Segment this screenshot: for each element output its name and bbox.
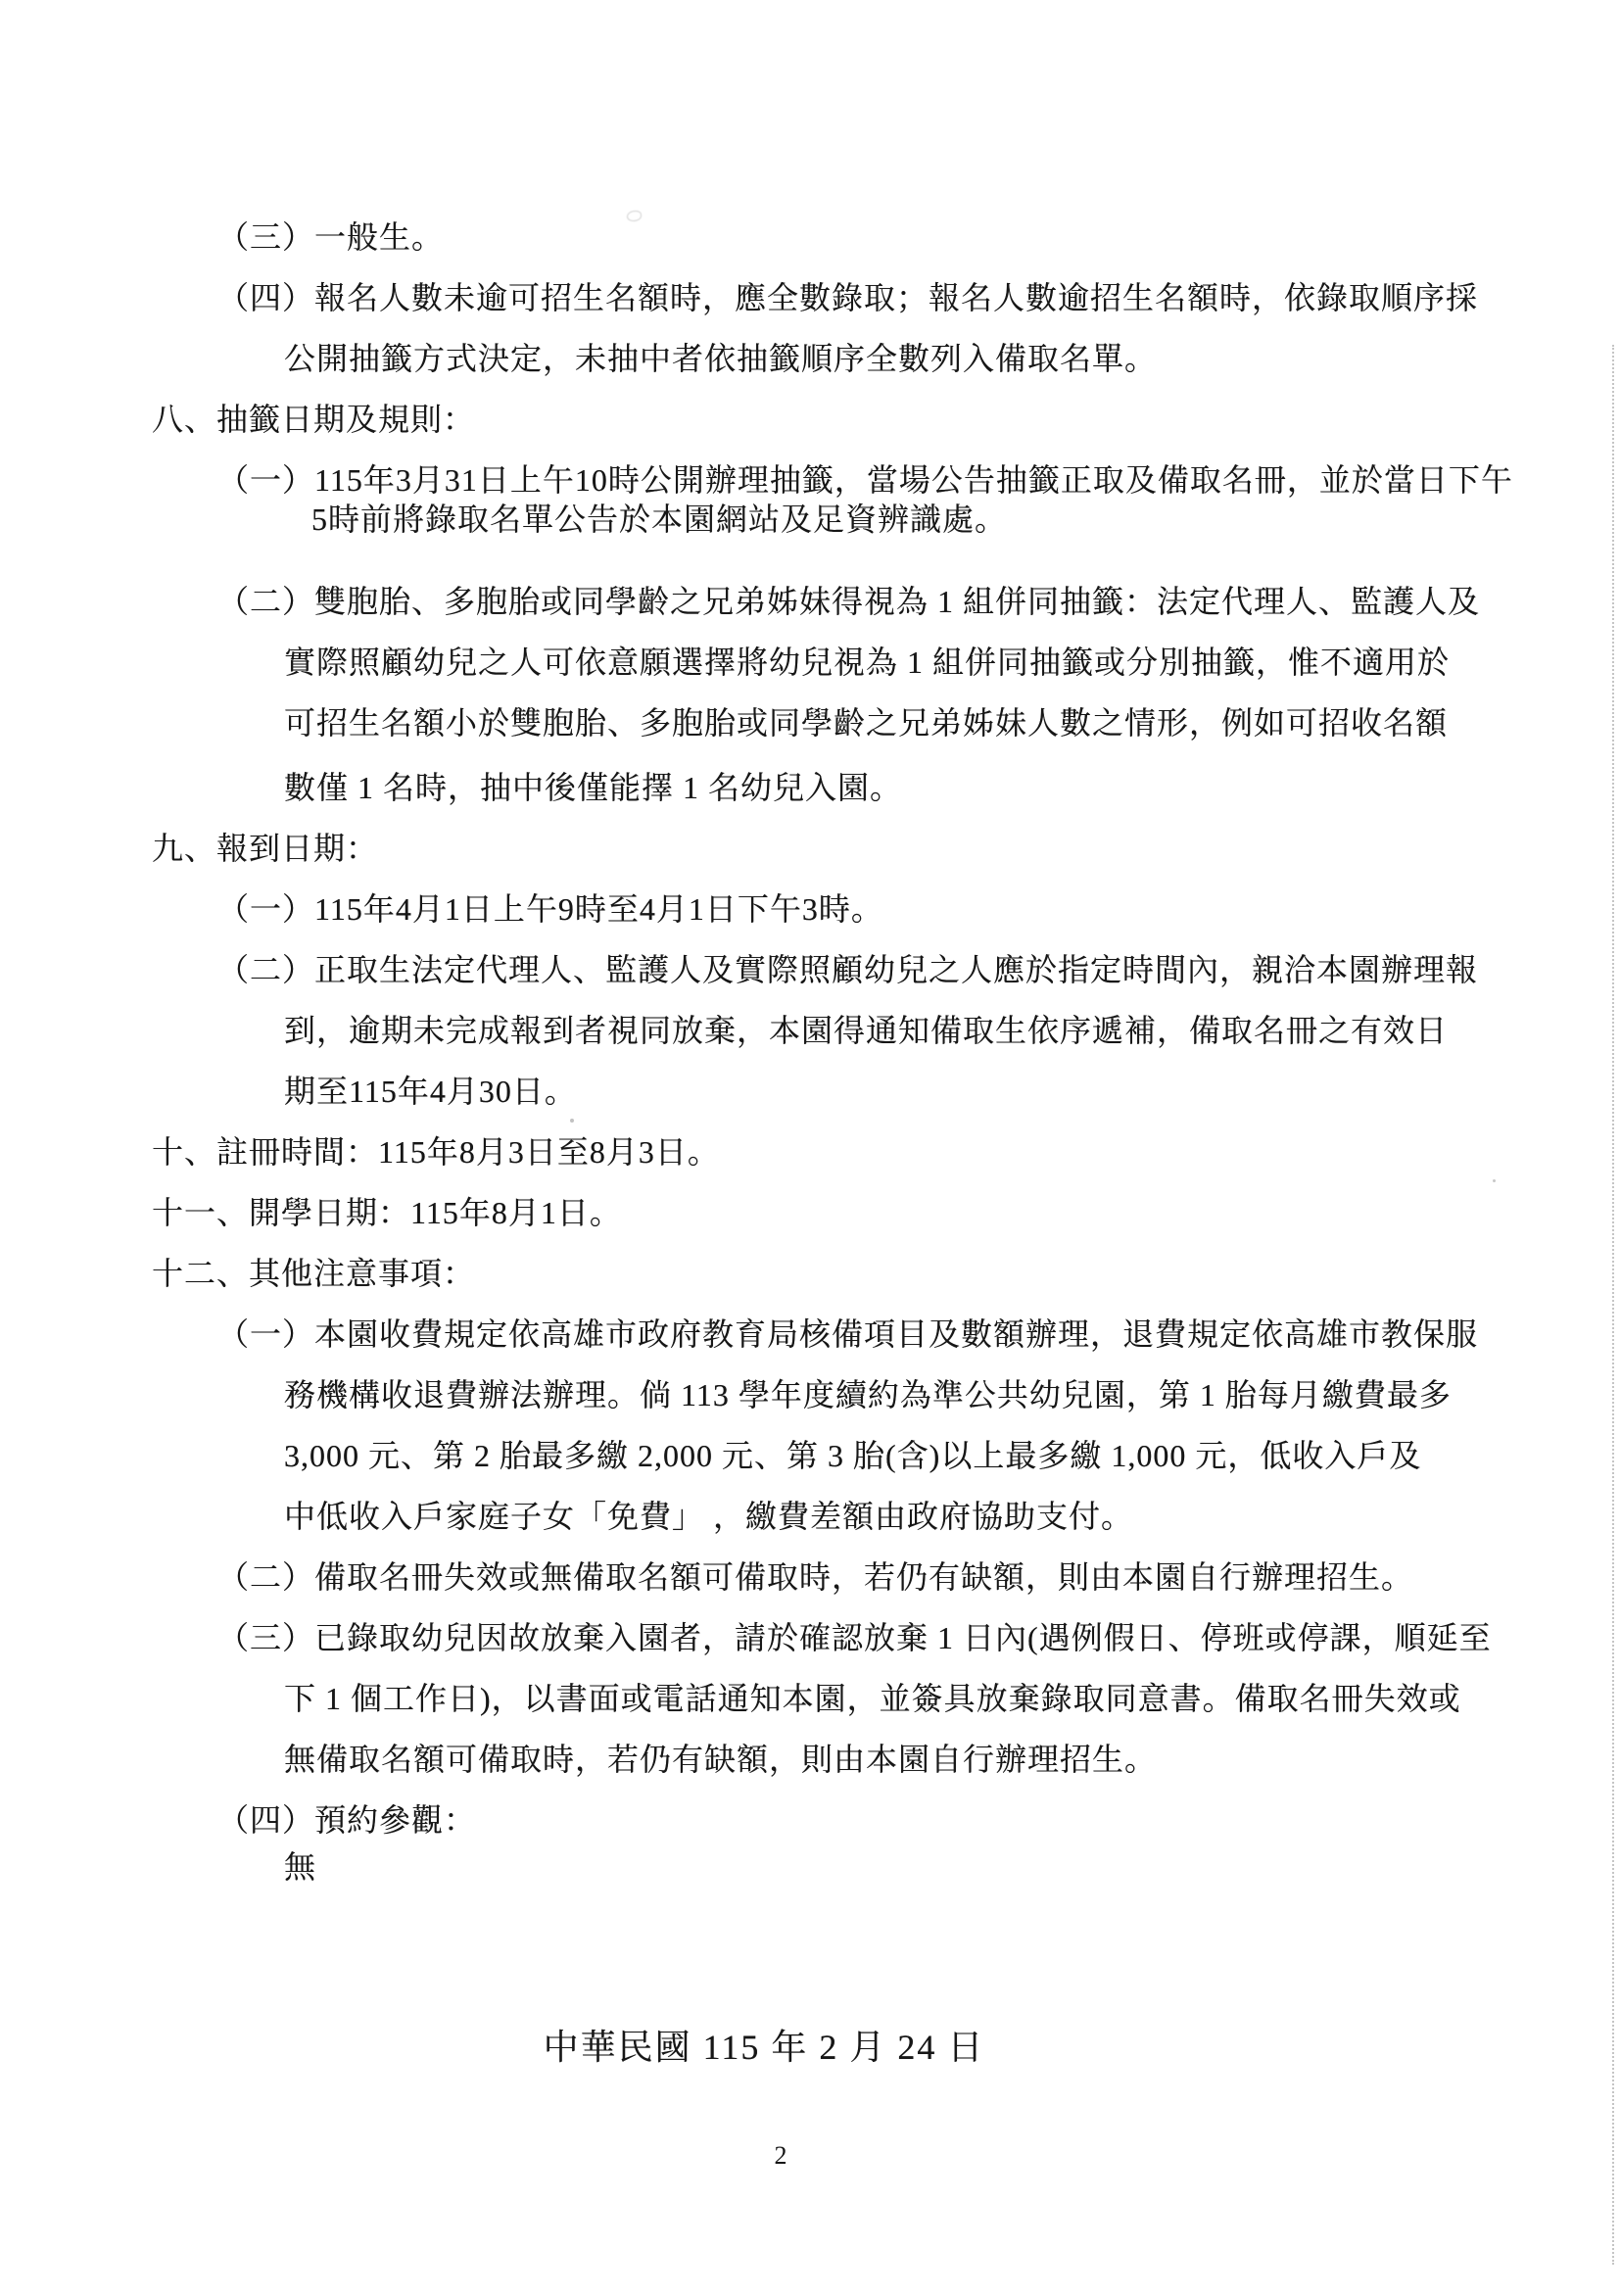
text-line: 無 bbox=[284, 1847, 1513, 1887]
text-line: 3,000 元、第 2 胎最多繳 2,000 元、第 3 胎(含)以上最多繳 1… bbox=[284, 1436, 1513, 1475]
scan-speck-artifact bbox=[570, 1119, 574, 1123]
text-line: 無備取名額可備取時，若仍有缺額，則由本園自行辦理招生。 bbox=[284, 1740, 1513, 1779]
text-line: 中低收入戶家庭子女「免費」 ，繳費差額由政府協助支付。 bbox=[284, 1497, 1513, 1536]
text-line: 到，逾期未完成報到者視同放棄，本園得通知備取生依序遞補，備取名冊之有效日 bbox=[284, 1011, 1513, 1050]
text-line: 5時前將錄取名單公告於本園網站及足資辨識處。 bbox=[311, 500, 1513, 539]
text-line: 九、報到日期： bbox=[152, 829, 1513, 868]
text-line: （二）雙胞胎、多胞胎或同學齡之兄弟姊妹得視為 1 組併同抽籤：法定代理人、監護人… bbox=[217, 582, 1513, 621]
text-line: （三）已錄取幼兒因故放棄入園者，請於確認放棄 1 日內(遇例假日、停班或停課，順… bbox=[217, 1618, 1513, 1657]
text-line: 可招生名額小於雙胞胎、多胞胎或同學齡之兄弟姊妹人數之情形，例如可招收名額 bbox=[284, 703, 1513, 742]
text-line: 務機構收退費辦法辦理。倘 113 學年度續約為準公共幼兒園，第 1 胎每月繳費最… bbox=[284, 1375, 1513, 1414]
text-line: （二）備取名冊失效或無備取名額可備取時，若仍有缺額，則由本園自行辦理招生。 bbox=[217, 1557, 1513, 1597]
text-line: （四）報名人數未逾可招生名額時，應全數錄取；報名人數逾招生名額時，依錄取順序採 bbox=[217, 278, 1513, 317]
scan-speck-artifact bbox=[1493, 1179, 1496, 1182]
document-date-line: 中華民國 115 年 2 月 24 日 bbox=[0, 2020, 1528, 2070]
text-line: （二）正取生法定代理人、監護人及實際照顧幼兒之人應於指定時間內，親洽本園辦理報 bbox=[217, 950, 1513, 989]
scanned-document-page: （三）一般生。（四）報名人數未逾可招生名額時，應全數錄取；報名人數逾招生名額時，… bbox=[0, 0, 1620, 2296]
text-line: 公開抽籤方式決定，未抽中者依抽籤順序全數列入備取名單。 bbox=[284, 339, 1513, 378]
text-line: 八、抽籤日期及規則： bbox=[152, 400, 1513, 439]
text-line: 十二、其他注意事項： bbox=[152, 1254, 1513, 1293]
text-line: 十、註冊時間：115年8月3日至8月3日。 bbox=[152, 1132, 1513, 1172]
text-line: （一）本園收費規定依高雄市政府教育局核備項目及數額辦理，退費規定依高雄市教保服 bbox=[217, 1315, 1513, 1354]
page-number: 2 bbox=[0, 2141, 1561, 2171]
text-line: 期至115年4月30日。 bbox=[284, 1072, 1513, 1111]
text-line: 十一、開學日期：115年8月1日。 bbox=[152, 1193, 1513, 1232]
scan-edge-artifact bbox=[1612, 345, 1614, 2265]
text-line: （四）預約參觀： bbox=[217, 1800, 1513, 1840]
text-line: （三）一般生。 bbox=[217, 217, 1513, 257]
text-line: （一）115年3月31日上午10時公開辦理抽籤，當場公告抽籤正取及備取名冊，並於… bbox=[217, 460, 1513, 500]
text-line: 數僅 1 名時，抽中後僅能擇 1 名幼兒入園。 bbox=[284, 768, 1513, 807]
text-line: 下 1 個工作日)，以書面或電話通知本園，並簽具放棄錄取同意書。備取名冊失效或 bbox=[284, 1679, 1513, 1718]
document-lines: （三）一般生。（四）報名人數未逾可招生名額時，應全數錄取；報名人數逾招生名額時，… bbox=[0, 217, 1513, 1887]
text-line: 實際照顧幼兒之人可依意願選擇將幼兒視為 1 組併同抽籤或分別抽籤，惟不適用於 bbox=[284, 643, 1513, 682]
text-line: （一）115年4月1日上午9時至4月1日下午3時。 bbox=[217, 889, 1513, 929]
